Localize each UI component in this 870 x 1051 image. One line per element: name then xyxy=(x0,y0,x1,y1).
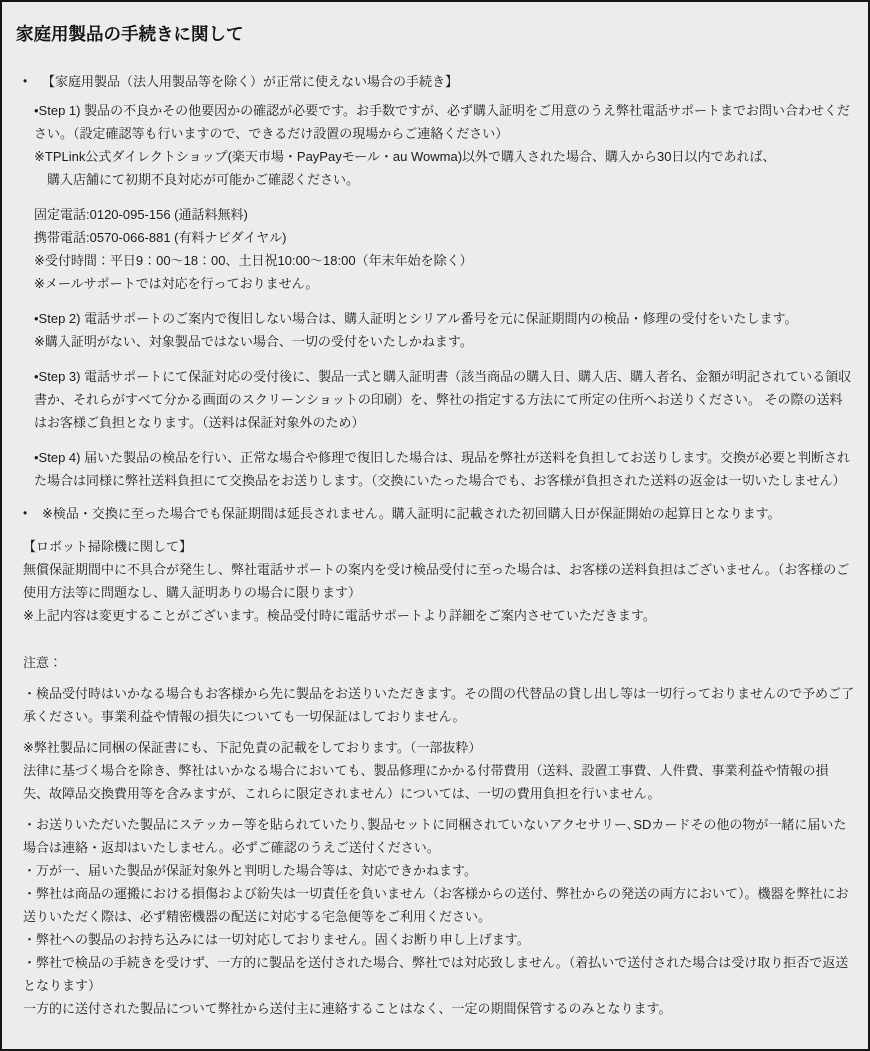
landline-phone: 固定電話:0120-095-156 (通話料無料) xyxy=(34,203,854,226)
notice-block-disclaimer: ※弊社製品に同梱の保証書にも、下記免責の記載をしております。（一部抜粋） 法律に… xyxy=(23,736,854,805)
notice-item-unsolicited: ・弊社で検品の手続きを受けず、一方的に製品を送付された場合、弊社では対応致しませ… xyxy=(23,951,854,997)
phone-support-block: 固定電話:0120-095-156 (通話料無料) 携帯電話:0570-066-… xyxy=(34,203,854,295)
mail-support-note: ※メールサポートでは対応を行っておりません。 xyxy=(34,272,854,295)
step-4-text: •Step 4) 届いた製品の検品を行い、正常な場合や修理で復旧した場合は、現品… xyxy=(34,446,854,492)
disclaimer-text: 法律に基づく場合を除き、弊社はいかなる場合においても、製品修理にかかる付帯費用（… xyxy=(23,759,854,805)
step-1-block: •Step 1) 製品の不良かその他要因かの確認が必要です。お手数ですが、必ず購… xyxy=(34,99,854,191)
reception-hours: ※受付時間：平日9：00～18：00、土日祝10:00～18:00（年末年始を除… xyxy=(34,249,854,272)
step-3-text: •Step 3) 電話サポートにて保証対応の受付後に、製品一式と購入証明書（該当… xyxy=(34,365,854,434)
list-item-household-procedure: • 【家庭用製品（法人用製品等を除く）が正常に使えない場合の手続き】 •Step… xyxy=(16,70,854,492)
notice-block-shipping: ・検品受付時はいかなる場合もお客様から先に製品をお送りいただきます。その間の代替… xyxy=(23,682,854,728)
robot-vacuum-section: 【ロボット掃除機に関して】 無償保証期間中に不具合が発生し、弊社電話サポートの案… xyxy=(23,535,854,627)
warranty-period-text: ※検品・交換に至った場合でも保証期間は延長されません。購入証明に記載された初回購… xyxy=(42,502,854,525)
robot-vacuum-text-1: 無償保証期間中に不具合が発生し、弊社電話サポートの案内を受け検品受付に至った場合… xyxy=(23,558,854,604)
notice-shipping-text: ・検品受付時はいかなる場合もお客様から先に製品をお送りいただきます。その間の代替… xyxy=(23,682,854,728)
step-1-note-shop: ※TPLink公式ダイレクトショップ(楽天市場・PayPayモール・au Wow… xyxy=(34,145,854,168)
disclaimer-intro: ※弊社製品に同梱の保証書にも、下記免責の記載をしております。（一部抜粋） xyxy=(23,736,854,759)
step-2-block: •Step 2) 電話サポートのご案内で復旧しない場合は、購入証明とシリアル番号… xyxy=(34,307,854,353)
step-2-text: •Step 2) 電話サポートのご案内で復旧しない場合は、購入証明とシリアル番号… xyxy=(34,307,854,330)
bullet-marker: • xyxy=(16,502,42,525)
list-item-warranty-period: • ※検品・交換に至った場合でも保証期間は延長されません。購入証明に記載された初… xyxy=(16,502,854,525)
step-2-note: ※購入証明がない、対象製品ではない場合、一切の受付をいたしかねます。 xyxy=(34,330,854,353)
notice-item-transport-damage: ・弊社は商品の運搬における損傷および紛失は一切責任を負いません（お客様からの送付… xyxy=(23,882,854,928)
step-4-block: •Step 4) 届いた製品の検品を行い、正常な場合や修理で復旧した場合は、現品… xyxy=(34,446,854,492)
notice-heading: 注意： xyxy=(23,651,854,674)
notice-block-items: ・お送りいただいた製品にステッカー等を貼られていたり､製品セットに同梱されていな… xyxy=(23,813,854,1020)
robot-vacuum-text-2: ※上記内容は変更することがございます。検品受付時に電話サポートより詳細をご案内さ… xyxy=(23,604,854,627)
notice-item-out-of-warranty: ・万が一、届いた製品が保証対象外と判明した場合等は、対応できかねます。 xyxy=(23,859,854,882)
procedure-list: • 【家庭用製品（法人用製品等を除く）が正常に使えない場合の手続き】 •Step… xyxy=(16,70,854,525)
page-title: 家庭用製品の手続きに関して xyxy=(16,22,854,46)
step-3-block: •Step 3) 電話サポートにて保証対応の受付後に、製品一式と購入証明書（該当… xyxy=(34,365,854,434)
notice-item-no-walkin: ・弊社への製品のお持ち込みには一切対応しておりません。固くお断り申し上げます。 xyxy=(23,928,854,951)
robot-vacuum-heading: 【ロボット掃除機に関して】 xyxy=(23,535,854,558)
mobile-phone: 携帯電話:0570-066-881 (有料ナビダイヤル) xyxy=(34,226,854,249)
step-1-text: •Step 1) 製品の不良かその他要因かの確認が必要です。お手数ですが、必ず購… xyxy=(34,99,854,145)
step-1-note-store: 購入店舗にて初期不良対応が可能かご確認ください。 xyxy=(34,168,854,191)
notice-item-accessories: ・お送りいただいた製品にステッカー等を貼られていたり､製品セットに同梱されていな… xyxy=(23,813,854,859)
notice-item-storage: 一方的に送付された製品について弊社から送付主に連絡することはなく、一定の期間保管… xyxy=(23,997,854,1020)
document-page: 家庭用製品の手続きに関して • 【家庭用製品（法人用製品等を除く）が正常に使えな… xyxy=(0,0,870,1051)
household-procedure-heading: 【家庭用製品（法人用製品等を除く）が正常に使えない場合の手続き】 xyxy=(42,70,854,93)
